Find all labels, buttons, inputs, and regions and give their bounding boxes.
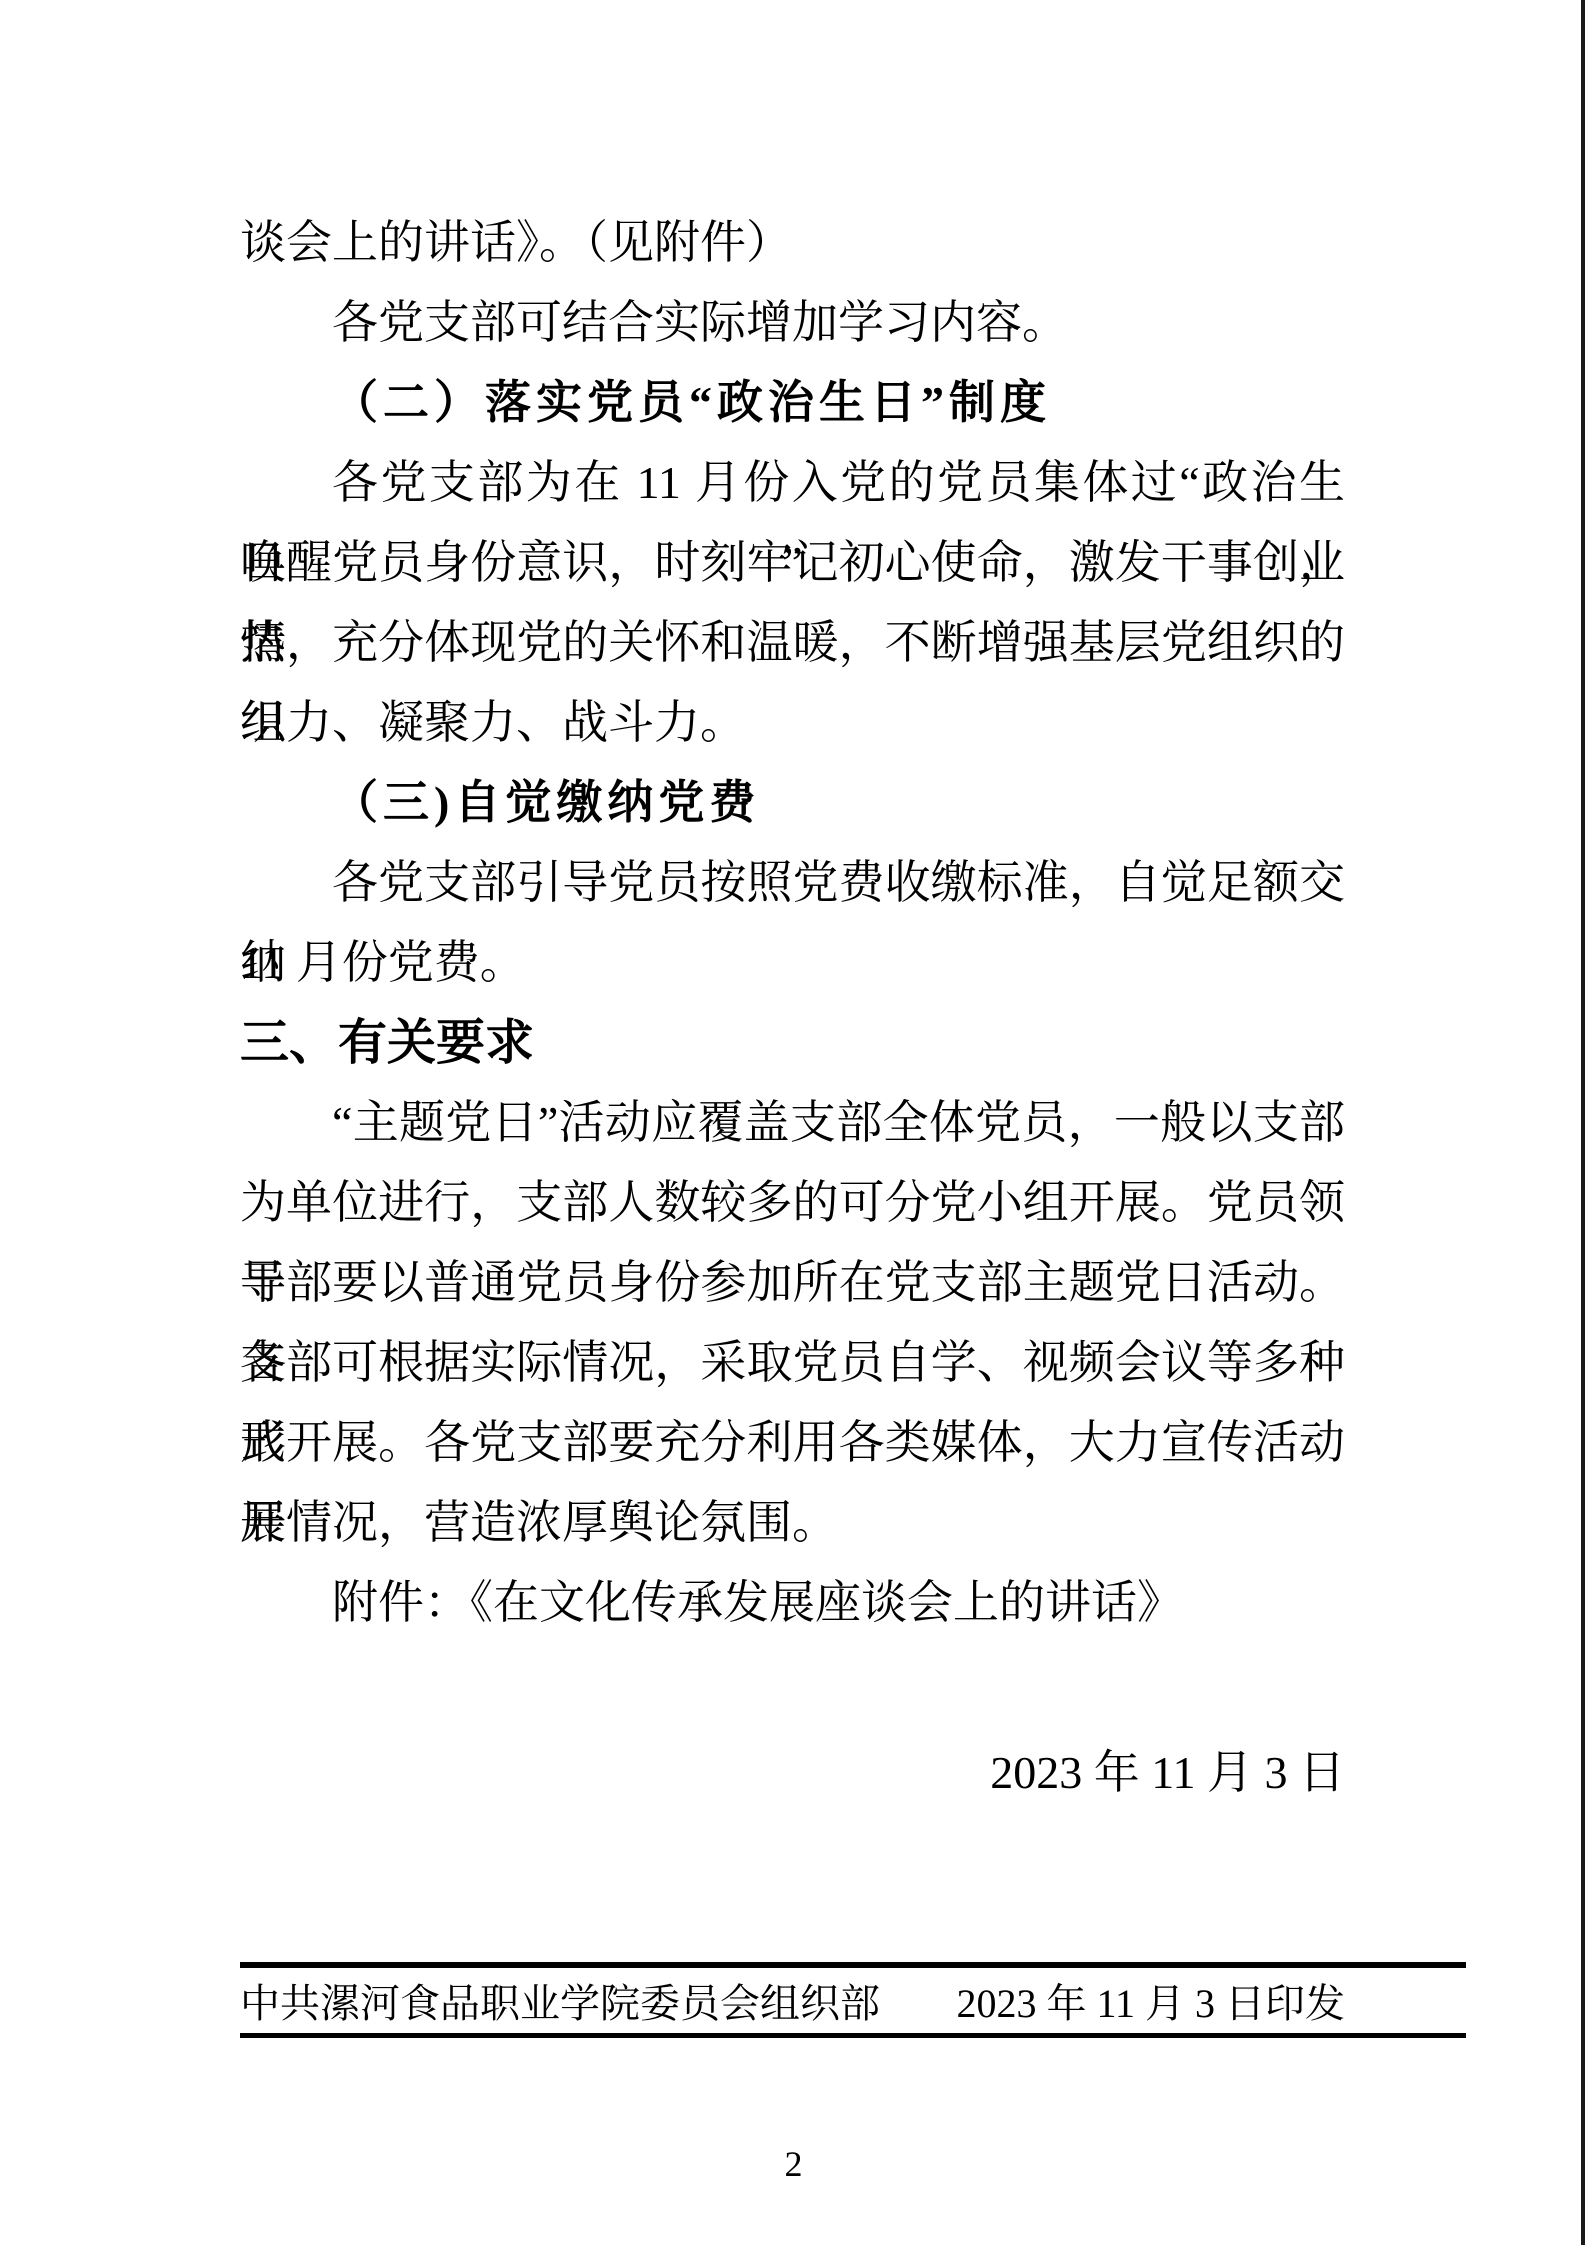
section-heading-3: （三)自觉缴纳党费: [240, 763, 1345, 843]
footer-rule-bottom: [240, 2033, 1466, 2038]
footer-imprint: 2023 年 11 月 3 日印发: [956, 1972, 1345, 2029]
attachment-line: 附件：《在文化传承发展座谈会上的讲话》: [240, 1563, 1345, 1643]
body-line: 11 月份党费。: [240, 923, 1345, 1003]
body-line: 各党支部引导党员按照党费收缴标准，自觉足额交纳: [240, 843, 1345, 923]
footer-issuer: 中共漯河食品职业学院委员会组织部: [240, 1972, 880, 2029]
body-line: 各党支部为在 11 月份入党的党员集体过“政治生日”，: [240, 443, 1345, 523]
date-line: 2023 年 11 月 3 日: [240, 1733, 1345, 1813]
body-line: 支部可根据实际情况，采取党员自学、视频会议等多种形: [240, 1323, 1345, 1403]
body-line: 情，充分体现党的关怀和温暖，不断增强基层党组织的组: [240, 603, 1345, 683]
body-line: 为单位进行，支部人数较多的可分党小组开展。党员领导: [240, 1163, 1345, 1243]
body-line: 式开展。各党支部要充分利用各类媒体，大力宣传活动开: [240, 1403, 1345, 1483]
body-line: 谈会上的讲话》。（见附件）: [240, 203, 1345, 283]
scan-edge-artifact: [1581, 0, 1585, 2245]
footer-imprint-row: 中共漯河食品职业学院委员会组织部 2023 年 11 月 3 日印发: [240, 1968, 1345, 2032]
body-line: 展情况，营造浓厚舆论氛围。: [240, 1483, 1345, 1563]
document-page: 谈会上的讲话》。（见附件） 各党支部可结合实际增加学习内容。 （二）落实党员“政…: [0, 0, 1587, 2245]
page-number: 2: [0, 2138, 1587, 2190]
section-heading-2: （二）落实党员“政治生日”制度: [240, 363, 1345, 443]
document-body: 谈会上的讲话》。（见附件） 各党支部可结合实际增加学习内容。 （二）落实党员“政…: [240, 203, 1345, 1813]
body-line: 唤醒党员身份意识，时刻牢记初心使命，激发干事创业热: [240, 523, 1345, 603]
body-line: 干部要以普通党员身份参加所在党支部主题党日活动。各: [240, 1243, 1345, 1323]
section-heading-requirements: 三、有关要求: [240, 1003, 1345, 1083]
body-line: “主题党日”活动应覆盖支部全体党员，一般以支部: [240, 1083, 1345, 1163]
body-line: 织力、凝聚力、战斗力。: [240, 683, 1345, 763]
body-line: 各党支部可结合实际增加学习内容。: [240, 283, 1345, 363]
